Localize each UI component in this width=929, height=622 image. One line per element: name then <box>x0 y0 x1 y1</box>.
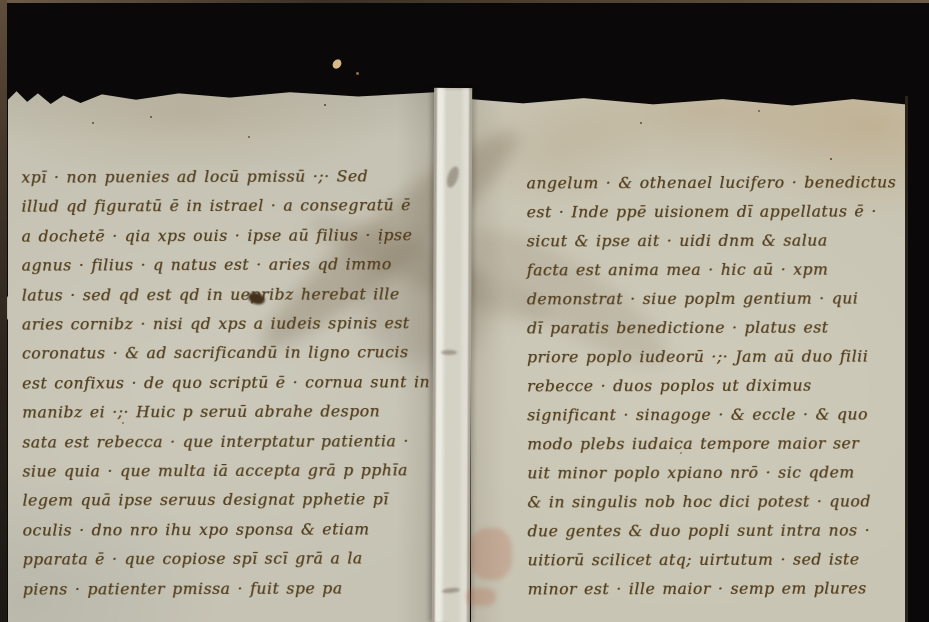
text-line: piens · patienter pmissa · fuit spe pa <box>23 574 428 605</box>
text-line: aries cornibz · nisi qd xps a iudeis spi… <box>22 309 427 340</box>
text-line: significant · sinagoge · & eccle · & quo <box>527 401 899 431</box>
text-line: facta est anima mea · hic aū · xpm <box>527 256 899 286</box>
text-line: priore poplo iudeorū ·;· Jam aū duo fili… <box>527 343 899 373</box>
red-ink-trace <box>466 588 496 606</box>
text-line: a dochetē · qia xps ouis · ipse aū filiu… <box>21 221 426 252</box>
text-line: est confixus · de quo scriptū ē · cornua… <box>22 368 427 399</box>
text-line: coronatus · & ad sacrificandū in ligno c… <box>22 339 427 370</box>
left-page-text: xpī · non puenies ad locū pmissū ·;· Sed… <box>21 162 428 605</box>
text-line: manibz ei ·;· Huic p seruū abrahe despon <box>22 398 427 429</box>
text-line: sata est rebecca · que interptatur patie… <box>22 427 427 458</box>
manuscript-photo: xpī · non puenies ad locū pmissū ·;· Sed… <box>0 0 929 622</box>
text-line: agnus · filius · q natus est · aries qd … <box>22 251 427 282</box>
dust-speck <box>331 58 343 71</box>
crease-mark <box>445 165 461 189</box>
text-line: sicut & ipse ait · uidi dnm & salua <box>527 227 899 257</box>
text-line: uitiorū scilicet atq; uirtutum · sed ist… <box>527 546 899 576</box>
text-line: due gentes & duo popli sunt intra nos · <box>527 517 899 547</box>
speck-field <box>92 122 94 124</box>
text-line: rebecce · duos poplos ut diximus <box>527 372 899 402</box>
text-line: latus · sed qd est qd in uepribz herebat… <box>22 280 427 311</box>
text-line: dī paratis benedictione · platus est <box>527 314 899 344</box>
text-line: est · Inde ppē uisionem dī appellatus ē … <box>527 198 899 228</box>
red-ink-trace <box>470 528 512 580</box>
text-line: pparata ē · que copiose spī scī grā a la <box>23 545 428 576</box>
text-line: siue quia · que multa iā accepta grā p p… <box>22 456 427 487</box>
text-line: modo plebs iudaica tempore maior ser <box>527 430 899 460</box>
text-line: legem quā ipse seruus designat pphetie p… <box>22 486 427 517</box>
crease-mark <box>442 587 460 594</box>
text-line: illud qd figuratū ē in istrael · a conse… <box>21 192 426 223</box>
text-line: xpī · non puenies ad locū pmissū ·;· Sed <box>21 162 426 193</box>
spine-guard-strip <box>432 88 472 622</box>
photo-frame-left-edge <box>0 0 7 622</box>
text-line: minor est · ille maior · semp em plures <box>527 575 899 605</box>
page-edge-shadow <box>905 96 908 622</box>
text-line: demonstrat · siue poplm gentium · qui <box>527 285 899 315</box>
text-line: & in singulis nob hoc dici potest · quod <box>527 488 899 518</box>
dust-speck <box>356 72 359 75</box>
text-line: uit minor poplo xpiano nrō · sic qdem <box>527 459 899 489</box>
photo-frame-top-edge <box>0 0 929 3</box>
text-line: oculis · dno nro ihu xpo sponsa & etiam <box>22 515 427 546</box>
crease-mark <box>441 350 457 355</box>
text-line: angelum · & othenael lucifero · benedict… <box>526 169 898 199</box>
speck-field <box>640 122 642 124</box>
right-page-text: angelum · & othenael lucifero · benedict… <box>526 169 899 605</box>
